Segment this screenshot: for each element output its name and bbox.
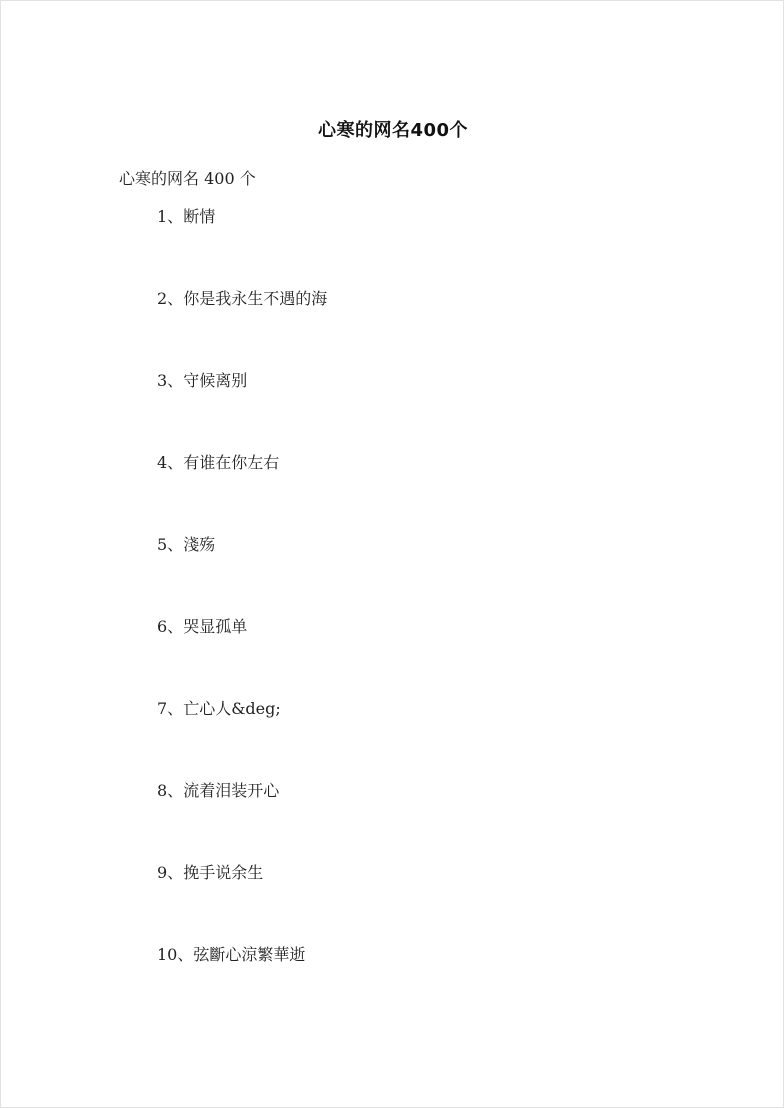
item-number: 8、 [157,781,183,800]
document-subtitle: 心寒的网名 400 个 [119,166,256,192]
item-text: 你是我永生不遇的海 [183,289,327,308]
item-text: 守候离别 [183,371,247,390]
list-item: 7、亡心人&deg; [157,696,281,722]
list-item: 2、你是我永生不遇的海 [157,286,327,312]
list-item: 1、断情 [157,204,215,230]
item-text: 断情 [183,207,215,226]
list-item: 10、弦斷心涼繁華逝 [157,942,305,968]
item-text: 亡心人&deg; [183,699,281,718]
list-item: 3、守候离别 [157,368,247,394]
list-item: 8、流着泪装开心 [157,778,279,804]
item-text: 哭显孤单 [183,617,247,636]
list-item: 6、哭显孤单 [157,614,247,640]
item-text: 弦斷心涼繁華逝 [193,945,305,964]
item-number: 4、 [157,453,183,472]
item-text: 淺殇 [183,535,215,554]
item-text: 流着泪装开心 [183,781,279,800]
item-number: 9、 [157,863,183,882]
document-page: 心寒的网名400个 心寒的网名 400 个 1、断情 2、你是我永生不遇的海 3… [0,0,784,1108]
item-number: 2、 [157,289,183,308]
list-item: 4、有谁在你左右 [157,450,279,476]
item-number: 1、 [157,207,183,226]
item-text: 挽手说余生 [183,863,263,882]
item-text: 有谁在你左右 [183,453,279,472]
item-number: 5、 [157,535,183,554]
item-number: 3、 [157,371,183,390]
item-number: 6、 [157,617,183,636]
item-number: 10、 [157,945,193,964]
list-item: 9、挽手说余生 [157,860,263,886]
document-title: 心寒的网名400个 [1,117,784,145]
list-item: 5、淺殇 [157,532,215,558]
item-number: 7、 [157,699,183,718]
